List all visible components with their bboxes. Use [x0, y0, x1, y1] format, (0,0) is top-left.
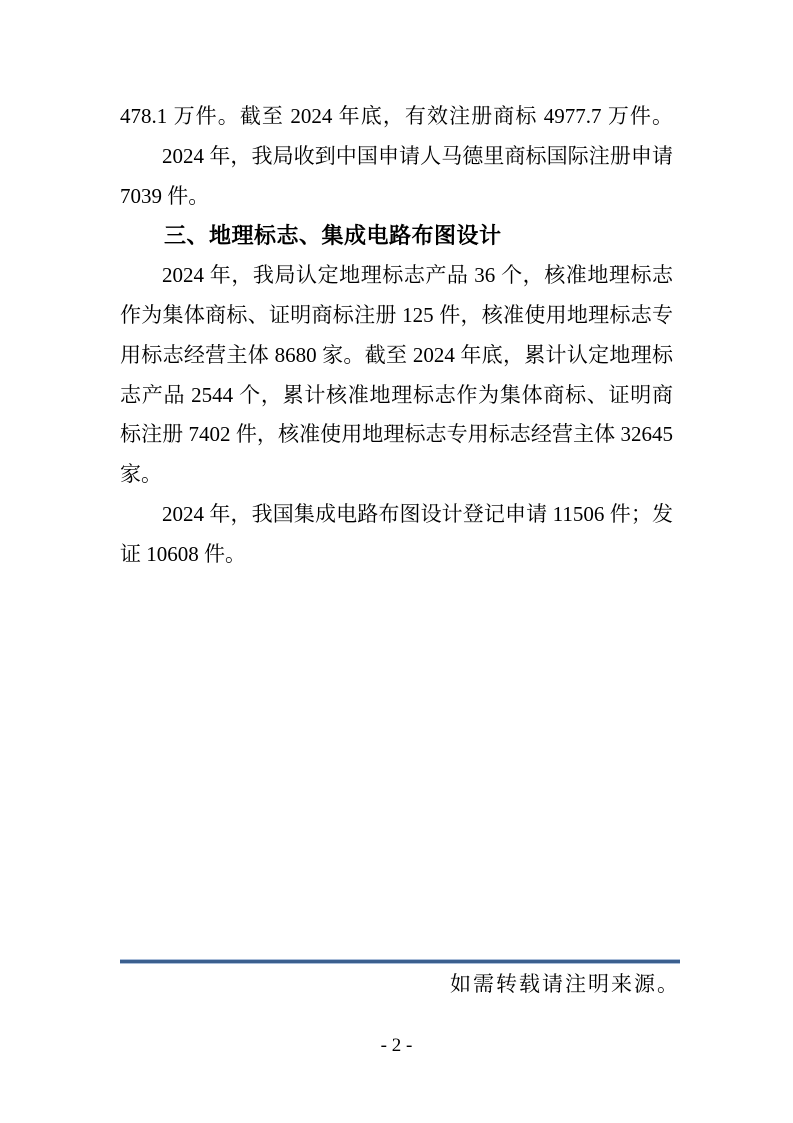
body-line: 证 10608 件。 — [120, 535, 673, 575]
page-number: - 2 - — [0, 1033, 793, 1059]
body-line: 2024 年，我国集成电路布图设计登记申请 11506 件；发 — [120, 495, 673, 535]
section-heading: 三、地理标志、集成电路布图设计 — [120, 216, 673, 256]
body-line: 作为集体商标、证明商标注册 125 件，核准使用地理标志专 — [120, 296, 673, 336]
body-line: 478.1 万件。截至 2024 年底，有效注册商标 4977.7 万件。 — [120, 97, 673, 137]
document-page: 478.1 万件。截至 2024 年底，有效注册商标 4977.7 万件。 20… — [0, 0, 793, 1123]
reprint-note: 如需转载请注明来源。 — [120, 966, 680, 1002]
body-line: 2024 年，我局收到中国申请人马德里商标国际注册申请 — [120, 137, 673, 177]
body-line: 2024 年，我局认定地理标志产品 36 个，核准地理标志 — [120, 256, 673, 296]
body-line: 志产品 2544 个，累计核准地理标志作为集体商标、证明商 — [120, 376, 673, 416]
body-line: 7039 件。 — [120, 177, 673, 217]
body-line: 用标志经营主体 8680 家。截至 2024 年底，累计认定地理标 — [120, 336, 673, 376]
document-body: 478.1 万件。截至 2024 年底，有效注册商标 4977.7 万件。 20… — [120, 97, 673, 575]
body-line: 家。 — [120, 455, 673, 495]
footer-divider — [120, 960, 680, 963]
body-line: 标注册 7402 件，核准使用地理标志专用标志经营主体 32645 — [120, 415, 673, 455]
